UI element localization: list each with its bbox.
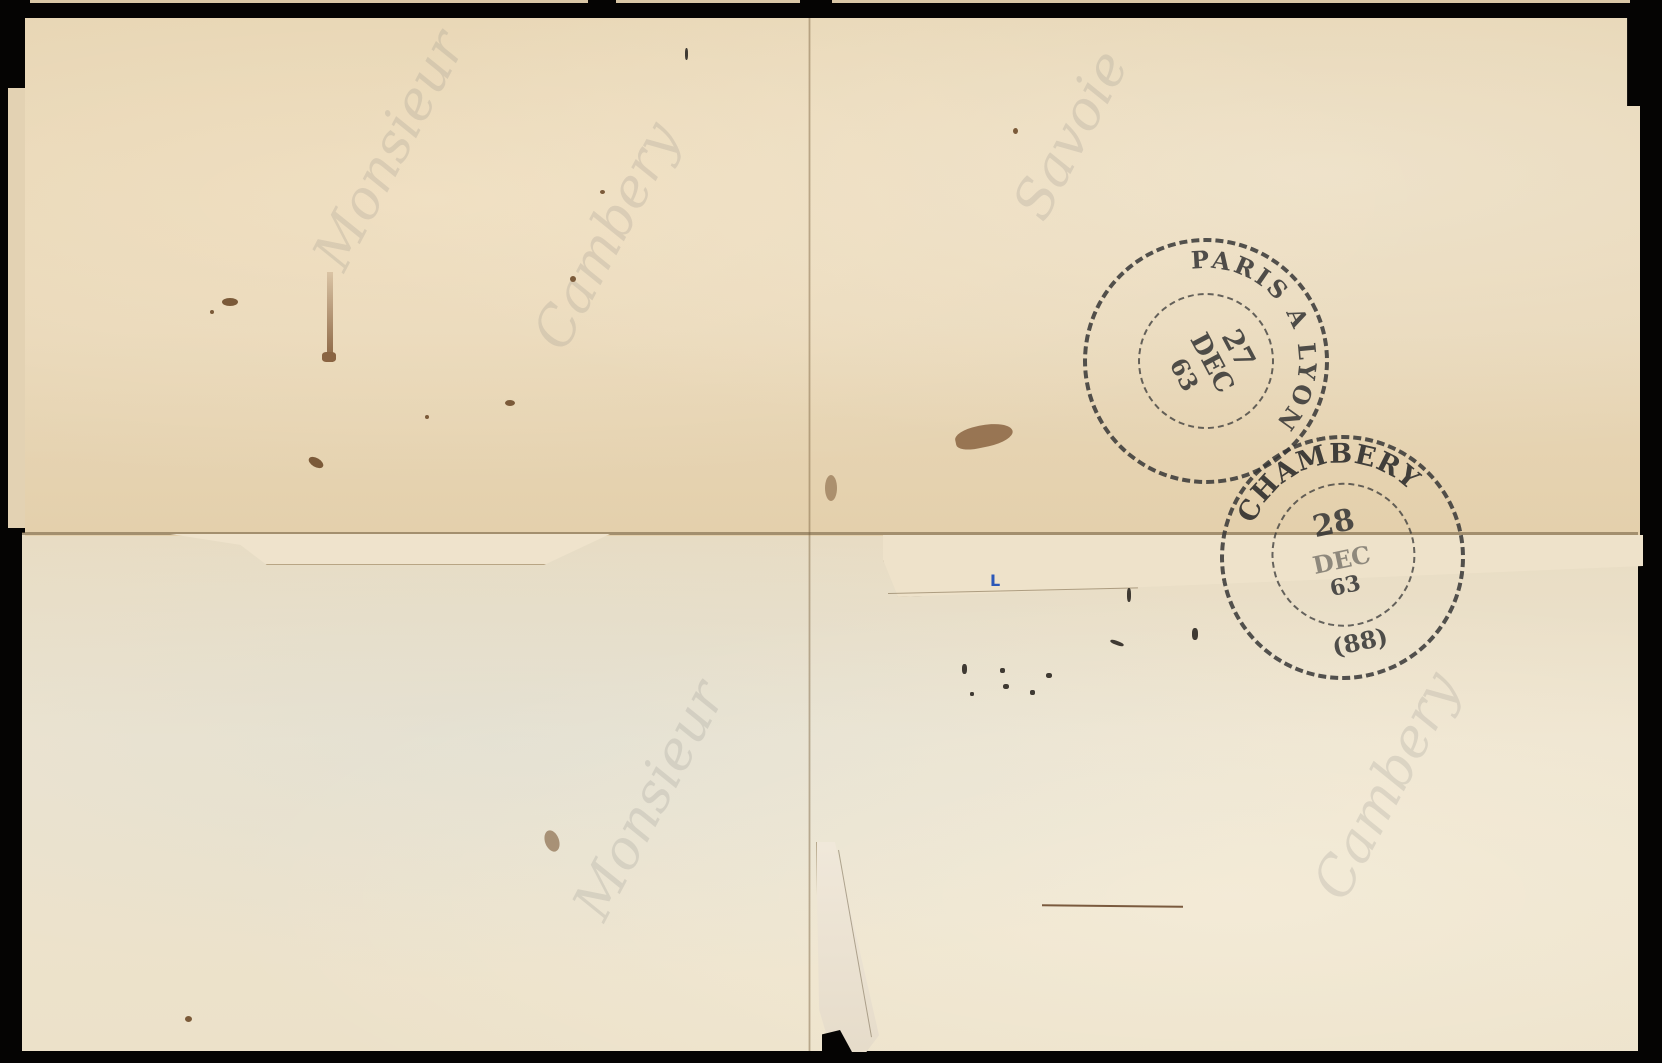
ink-dot [1030,690,1035,695]
blue-annotation-mark: L [990,571,1000,590]
ink-dot [1000,668,1005,673]
foxing-spot [1013,128,1018,134]
foxing-spot [185,1016,192,1022]
foxing-spot [505,400,515,406]
foxing-spot [825,475,837,501]
ink-drip-stain [322,352,336,362]
edge-gap [800,0,832,4]
ink-dot [1003,684,1009,689]
foxing-spot [425,415,429,419]
ink-dot [962,664,967,674]
foxing-spot [210,310,214,314]
ink-dot [685,48,688,60]
ink-drip-stain [327,272,333,362]
postmark-chambery: CHAMBERY 28 DEC 63 (88) [1197,412,1488,703]
ink-dot [970,692,974,696]
ink-dot [1046,673,1052,678]
ink-dot [1127,588,1131,602]
foxing-spot [570,276,576,282]
foxing-spot [600,190,605,194]
edge-gap [588,0,616,4]
foxing-spot [222,298,238,306]
ink-dot [1192,628,1198,640]
